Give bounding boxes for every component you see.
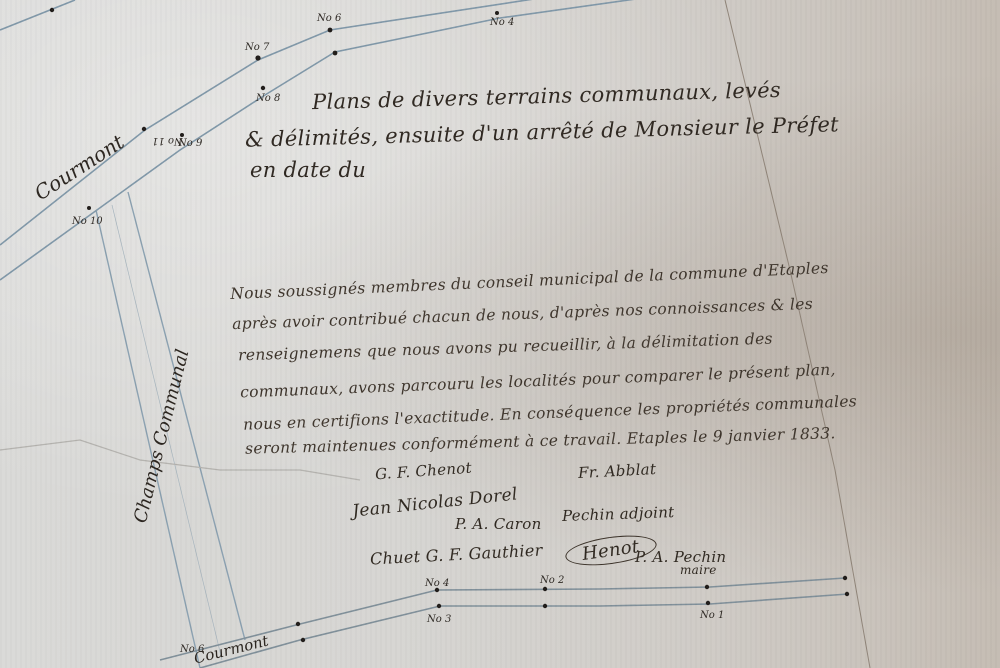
signature: P. A. Caron: [455, 515, 542, 533]
marker-label: No 4: [425, 578, 449, 589]
marker-label: No 8: [256, 93, 280, 104]
marker-label: No 2: [540, 575, 564, 586]
marker-label: No 6: [317, 13, 341, 24]
marker-label: No 11: [152, 135, 183, 146]
marker-label: No 10: [72, 216, 103, 227]
marker-label: No 4: [490, 17, 514, 28]
marker-label: No 3: [427, 614, 451, 625]
marker-label: No 1: [700, 610, 724, 621]
title-line-3: en date du: [250, 158, 366, 182]
bottom-road: [160, 578, 848, 668]
marker-label: No 7: [245, 42, 269, 53]
marker-label: No 6: [180, 644, 204, 655]
document-photo: Courmont Champs Communal Courmont No 6 N…: [0, 0, 1000, 668]
mayor-title: maire: [680, 563, 717, 577]
